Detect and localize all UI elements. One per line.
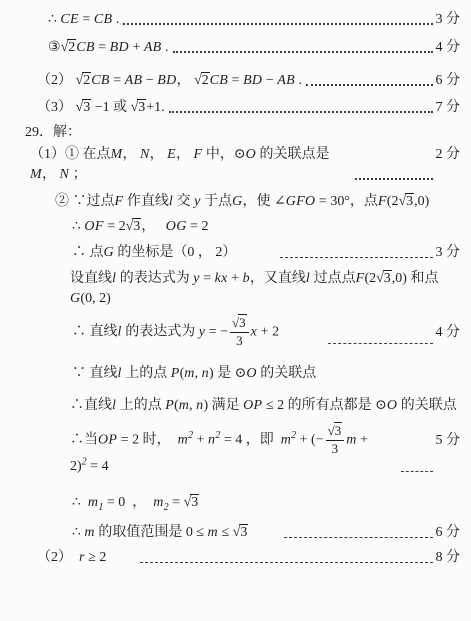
text-run: =: [95, 40, 110, 55]
math-var: O: [246, 366, 256, 381]
text-run: 的关联点: [257, 366, 317, 381]
line-content: ∴直线l 上的点 P(m, n) 满足 OP ≤ 2 的所有点都是 ⊙O 的关联…: [70, 396, 457, 416]
score-label: 6 分: [436, 71, 461, 91]
line-content: ② ∵过点F 作直线l 交 y 于点G，使 ∠GFO = 30°，点F(2√3,…: [55, 192, 429, 212]
line-content: ∴ m1 = 0 ， m2 = √3: [72, 493, 199, 513]
text-run: ② ∵过点: [55, 194, 115, 209]
line-op-equals-2-equation: ∴当OP = 2 时， m2 + n2 = 4 ，即 m2 + (−√33m +…: [0, 424, 471, 477]
text-run: ，: [150, 147, 168, 162]
math-var: G: [104, 245, 114, 260]
line-content: ∴ CE = CB .: [48, 10, 119, 30]
radicand: 3: [82, 99, 91, 115]
math-var: O: [387, 398, 397, 413]
text-run: ∴ 点: [72, 245, 104, 260]
text-run: = 2: [187, 219, 209, 234]
math-var: AB: [277, 73, 295, 88]
text-run: = 30°，点: [315, 194, 378, 209]
sqrt-expression: √3: [233, 525, 249, 540]
text-run: + (−: [296, 433, 323, 448]
text-run: 交: [173, 194, 194, 209]
text-run: 过点点: [310, 271, 356, 286]
text-run: ③: [48, 40, 61, 55]
text-run: (2: [387, 194, 399, 209]
line-part2-r-range: （2） r ≥ 28 分: [0, 548, 471, 568]
sqrt-expression: √3: [131, 100, 147, 115]
math-var: OP: [243, 398, 262, 413]
sqrt-expression: √3: [376, 271, 392, 286]
line-content: （1）① 在点M， N， E， F 中，⊙O 的关联点是M， N ；: [30, 145, 351, 185]
text-run: ,0) 和点: [392, 271, 439, 286]
line-part2-two-relations: （2） √2CB = AB − BD， √2CB = BD − AB .6 分: [0, 71, 471, 91]
radicand: 3: [405, 193, 414, 209]
math-var: F: [378, 194, 387, 209]
text-run: +: [193, 433, 208, 448]
text-run: ∴: [48, 12, 60, 27]
text-run: 中，⊙: [202, 147, 245, 162]
text-run: ，: [141, 219, 166, 234]
text-run: 的表达式为: [116, 271, 193, 286]
text-run: =: [169, 495, 184, 510]
math-var: CB: [210, 73, 229, 88]
line-content: 29．解：: [25, 123, 81, 143]
text-run: 设直线: [70, 271, 112, 286]
dot-leader: [123, 23, 432, 25]
math-var: CB: [94, 12, 113, 27]
dash-leader: [284, 537, 432, 538]
math-var: BD: [157, 73, 176, 88]
sqrt-expression: √3: [76, 100, 92, 115]
line-content: 设直线l 的表达式为 y = kx + b，又直线l 过点点F(2√3,0) 和…: [70, 269, 460, 309]
line-line-expression-result: ∴ 直线l 的表达式为 y = −√33x + 24 分: [0, 316, 471, 349]
dot-leader: [169, 111, 433, 113]
text-run: +1.: [146, 100, 164, 115]
text-run: = 2: [104, 219, 126, 234]
math-var: m: [208, 525, 218, 540]
text-run: ∴当: [70, 433, 98, 448]
math-var: P: [171, 366, 180, 381]
math-var: OP: [98, 433, 117, 448]
text-run: 作直线: [123, 194, 169, 209]
radicand: 3: [190, 494, 199, 510]
math-var: E: [167, 147, 176, 162]
text-run: ≤ 2 的所有点都是 ⊙: [262, 398, 386, 413]
radicand: 2: [82, 72, 91, 88]
text-run: ，使 ∠: [243, 194, 286, 209]
radicand: 3: [334, 422, 343, 438]
math-var: CB: [91, 73, 110, 88]
math-var: m: [346, 433, 356, 448]
text-run: 的关联点: [397, 398, 457, 413]
text-run: =: [110, 73, 125, 88]
score-label: 6 分: [436, 523, 461, 543]
math-var: b: [243, 271, 250, 286]
text-run: ,: [195, 366, 202, 381]
sqrt-expression: √3: [328, 423, 343, 438]
sqrt-expression: √2: [61, 40, 77, 55]
text-run: .: [295, 73, 302, 88]
score-label: 8 分: [436, 548, 461, 568]
text-run: ,0): [414, 194, 429, 209]
math-var: m: [184, 366, 194, 381]
radicand: 3: [383, 270, 392, 286]
text-run: （1）① 在点: [30, 147, 111, 162]
sqrt-expression: √3: [232, 315, 247, 330]
line-problem29-header: 29．解：: [0, 123, 471, 143]
fraction: √33: [326, 424, 345, 457]
line-content: ∴ m 的取值范围是 0 ≤ m ≤ √3: [72, 523, 248, 543]
text-run: ，又直线: [250, 271, 306, 286]
math-var: N: [140, 147, 150, 162]
line-content: ∴ 点G 的坐标是（0 ， 2）: [72, 243, 236, 263]
fraction: √33: [230, 316, 249, 349]
text-run: =: [79, 12, 94, 27]
line-therefore-ce-equals-cb: ∴ CE = CB .3 分: [0, 10, 471, 30]
text-run: 29．解：: [25, 125, 81, 140]
line-step3-sqrt2cb-bd-plus-ab: ③√2CB = BD + AB .4 分: [0, 38, 471, 58]
line-content: （2） r ≥ 2: [37, 548, 106, 568]
line-content: ∴当OP = 2 时， m2 + n2 = 4 ，即 m2 + (−√33m +…: [70, 424, 379, 477]
document-body: ∴ CE = CB .3 分③√2CB = BD + AB .4 分（2） √2…: [0, 10, 471, 568]
sqrt-expression: √3: [184, 495, 200, 510]
text-run: ∴: [72, 495, 88, 510]
math-var: m: [281, 433, 291, 448]
fraction-denominator: 3: [230, 333, 249, 349]
radicand: 3: [137, 99, 146, 115]
line-point-g-coordinates: ∴ 点G 的坐标是（0 ， 2）3 分: [0, 243, 471, 263]
score-label: 4 分: [436, 38, 461, 58]
math-var: kx: [215, 271, 228, 286]
line-therefore-op-le-2: ∴直线l 上的点 P(m, n) 满足 OP ≤ 2 的所有点都是 ⊙O 的关联…: [0, 396, 471, 416]
text-run: =: [228, 73, 243, 88]
text-run: = 4 ，即: [220, 433, 280, 448]
text-run: −: [262, 73, 277, 88]
text-run: +: [228, 271, 243, 286]
line-m1-m2-roots: ∴ m1 = 0 ， m2 = √3: [0, 493, 471, 513]
score-label: 5 分: [436, 431, 461, 451]
math-var: M: [111, 147, 123, 162]
text-run: = −: [205, 325, 228, 340]
text-run: .: [162, 40, 169, 55]
line-content: ∴ 直线l 的表达式为 y = −√33x + 2: [72, 316, 279, 349]
dash-leader: [280, 257, 432, 258]
text-run: 的表达式为: [122, 325, 199, 340]
math-var: AB: [125, 73, 143, 88]
math-var: BD: [243, 73, 262, 88]
line-content: ∵ 直线l 上的点 P(m, n) 是 ⊙O 的关联点: [72, 364, 316, 384]
text-run: 的坐标是（0 ， 2）: [114, 245, 237, 260]
math-var: F: [193, 147, 202, 162]
text-run: 于点: [201, 194, 233, 209]
radicand: 3: [132, 218, 141, 234]
math-var: N: [59, 167, 69, 182]
line-of-og-values: ∴ OF = 2√3， OG = 2: [0, 217, 471, 237]
text-run: 上的点: [122, 366, 171, 381]
text-run: （3）: [37, 100, 76, 115]
text-run: ∴ 直线: [72, 325, 118, 340]
text-run: （2）: [37, 550, 79, 565]
text-run: = 0 ，: [103, 495, 153, 510]
text-run: =: [200, 271, 215, 286]
text-run: ) 满足: [203, 398, 243, 413]
math-var: m: [178, 433, 188, 448]
radicand: 2: [201, 72, 210, 88]
text-run: ) 是 ⊙: [209, 366, 246, 381]
math-var: GFO: [286, 194, 316, 209]
math-var: OF: [84, 219, 103, 234]
score-label: 4 分: [436, 323, 461, 343]
dot-leader: [306, 84, 433, 86]
line-part3-sqrt3-answers: （3） √3 −1 或 √3+1.7 分: [0, 98, 471, 118]
score-label: 7 分: [436, 98, 461, 118]
text-run: ∴直线: [70, 398, 112, 413]
math-var: m: [88, 495, 98, 510]
text-run: + 2: [257, 325, 279, 340]
line-content: （2） √2CB = AB − BD， √2CB = BD − AB .: [37, 71, 302, 91]
fraction-numerator: √3: [326, 424, 345, 441]
dash-leader: [140, 562, 432, 563]
line-part1-step1-associated-points: （1）① 在点M， N， E， F 中，⊙O 的关联点是M， N ；2 分: [0, 145, 471, 185]
line-content: ③√2CB = BD + AB .: [48, 38, 169, 58]
dot-leader: [173, 51, 433, 53]
text-run: .: [112, 12, 119, 27]
text-run: = 2 时，: [117, 433, 177, 448]
math-var: G: [232, 194, 242, 209]
text-run: −1 或: [91, 100, 130, 115]
text-run: ，: [176, 73, 194, 88]
text-run: = 4: [87, 459, 109, 474]
text-run: ，: [176, 147, 194, 162]
line-step2-construction: ② ∵过点F 作直线l 交 y 于点G，使 ∠GFO = 30°，点F(2√3,…: [0, 192, 471, 212]
text-run: ∴: [72, 525, 84, 540]
text-run: （2）: [37, 73, 76, 88]
text-run: 上的点: [116, 398, 165, 413]
radicand: 2: [67, 39, 76, 55]
radicand: 3: [239, 524, 248, 540]
text-run: 的关联点是: [256, 147, 330, 162]
line-m-range: ∴ m 的取值范围是 0 ≤ m ≤ √36 分: [0, 523, 471, 543]
text-run: −: [142, 73, 157, 88]
math-var: M: [30, 167, 42, 182]
line-content: （3） √3 −1 或 √3+1.: [37, 98, 165, 118]
line-assume-line-expression: 设直线l 的表达式为 y = kx + b，又直线l 过点点F(2√3,0) 和…: [0, 269, 471, 309]
text-run: ∵ 直线: [72, 366, 118, 381]
fraction-denominator: 3: [326, 441, 345, 457]
dot-leader: [355, 178, 433, 180]
text-run: (2: [364, 271, 376, 286]
sqrt-expression: √3: [126, 219, 142, 234]
score-label: 3 分: [436, 10, 461, 30]
math-var: AB: [144, 40, 162, 55]
sqrt-expression: √3: [398, 194, 414, 209]
text-run: ，: [122, 147, 140, 162]
math-var: BD: [110, 40, 129, 55]
dash-leader: [328, 343, 432, 344]
dash-leader: [401, 471, 433, 472]
math-var: m: [179, 398, 189, 413]
document-page: ∴ CE = CB .3 分③√2CB = BD + AB .4 分（2） √2…: [0, 0, 471, 621]
math-var: O: [246, 147, 256, 162]
score-label: 3 分: [436, 243, 461, 263]
text-run: +: [129, 40, 144, 55]
math-var: CB: [76, 40, 95, 55]
line-content: ∴ OF = 2√3， OG = 2: [72, 217, 209, 237]
math-var: CE: [60, 12, 79, 27]
text-run: ，: [42, 167, 60, 182]
math-var: m: [84, 525, 94, 540]
math-var: OG: [166, 219, 187, 234]
text-run: ∴: [72, 219, 84, 234]
text-run: ；: [69, 167, 87, 182]
text-run: ≤: [218, 525, 233, 540]
score-label: 2 分: [436, 145, 461, 165]
sqrt-expression: √2: [194, 73, 210, 88]
math-var: m: [153, 495, 163, 510]
text-run: 的取值范围是 0 ≤: [95, 525, 208, 540]
text-run: (0, 2): [80, 291, 110, 306]
radicand: 3: [238, 314, 247, 330]
math-var: P: [165, 398, 174, 413]
sqrt-expression: √2: [76, 73, 92, 88]
fraction-numerator: √3: [230, 316, 249, 333]
line-because-p-associated: ∵ 直线l 上的点 P(m, n) 是 ⊙O 的关联点: [0, 364, 471, 384]
math-var: n: [202, 366, 209, 381]
math-var: G: [70, 291, 80, 306]
text-run: ≥ 2: [85, 550, 107, 565]
